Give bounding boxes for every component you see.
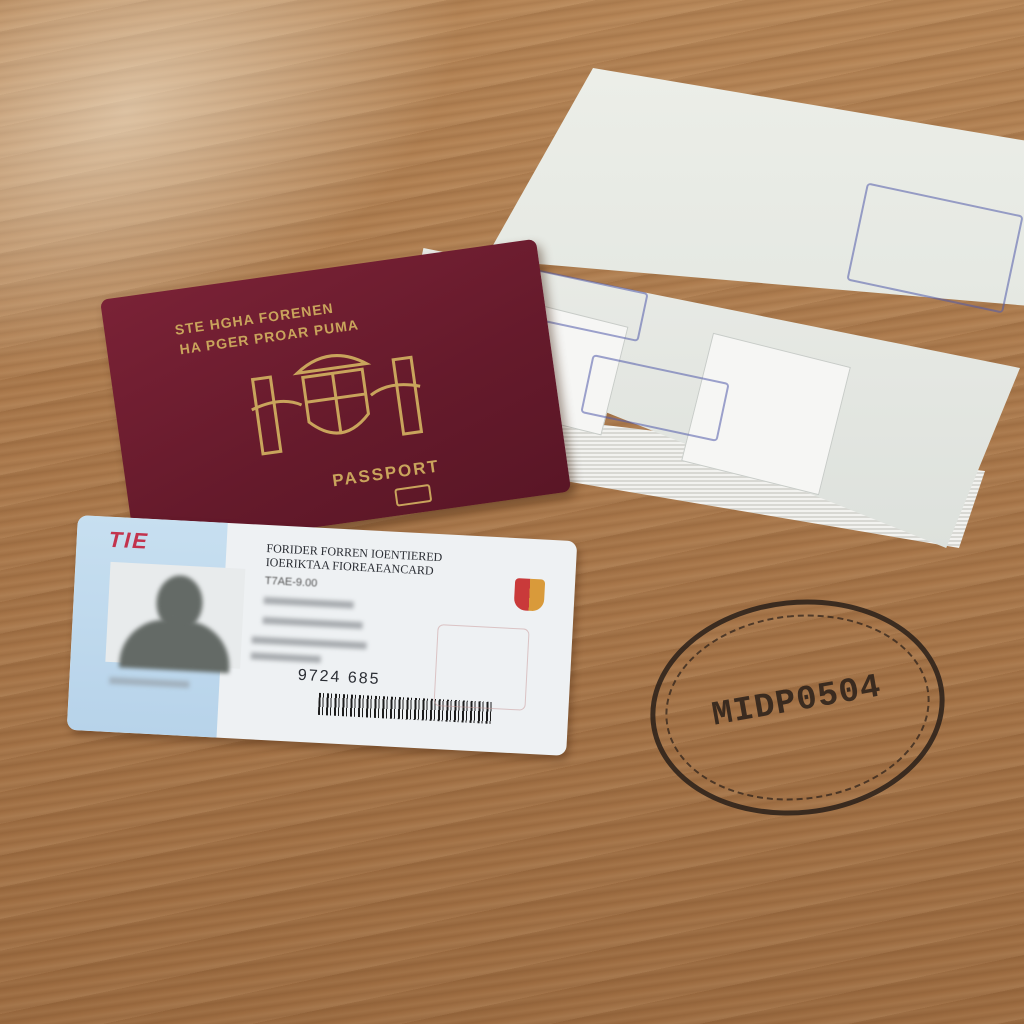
- blurred-field: [263, 617, 363, 629]
- hologram: [433, 624, 529, 711]
- blurred-field: [251, 652, 321, 663]
- id-card-number: 9724 685: [297, 667, 381, 689]
- blurred-field: [251, 636, 366, 649]
- id-card-title: FORIDER FORREN IOENTIERED IOERIKTAA FIOR…: [265, 541, 442, 578]
- coat-of-arms-icon: [514, 578, 546, 612]
- ink-stamp: MIDP0504: [640, 585, 956, 830]
- id-card-field: T7AE-9.00: [264, 575, 317, 590]
- coat-of-arms-icon: [234, 325, 439, 470]
- blurred-field: [264, 597, 354, 609]
- id-card: TIE FORIDER FORREN IOENTIERED IOERIKTAA …: [67, 515, 578, 756]
- biometric-chip-icon: [394, 484, 432, 507]
- person-silhouette-icon: [105, 562, 245, 669]
- id-card-logo: TIE: [108, 527, 150, 555]
